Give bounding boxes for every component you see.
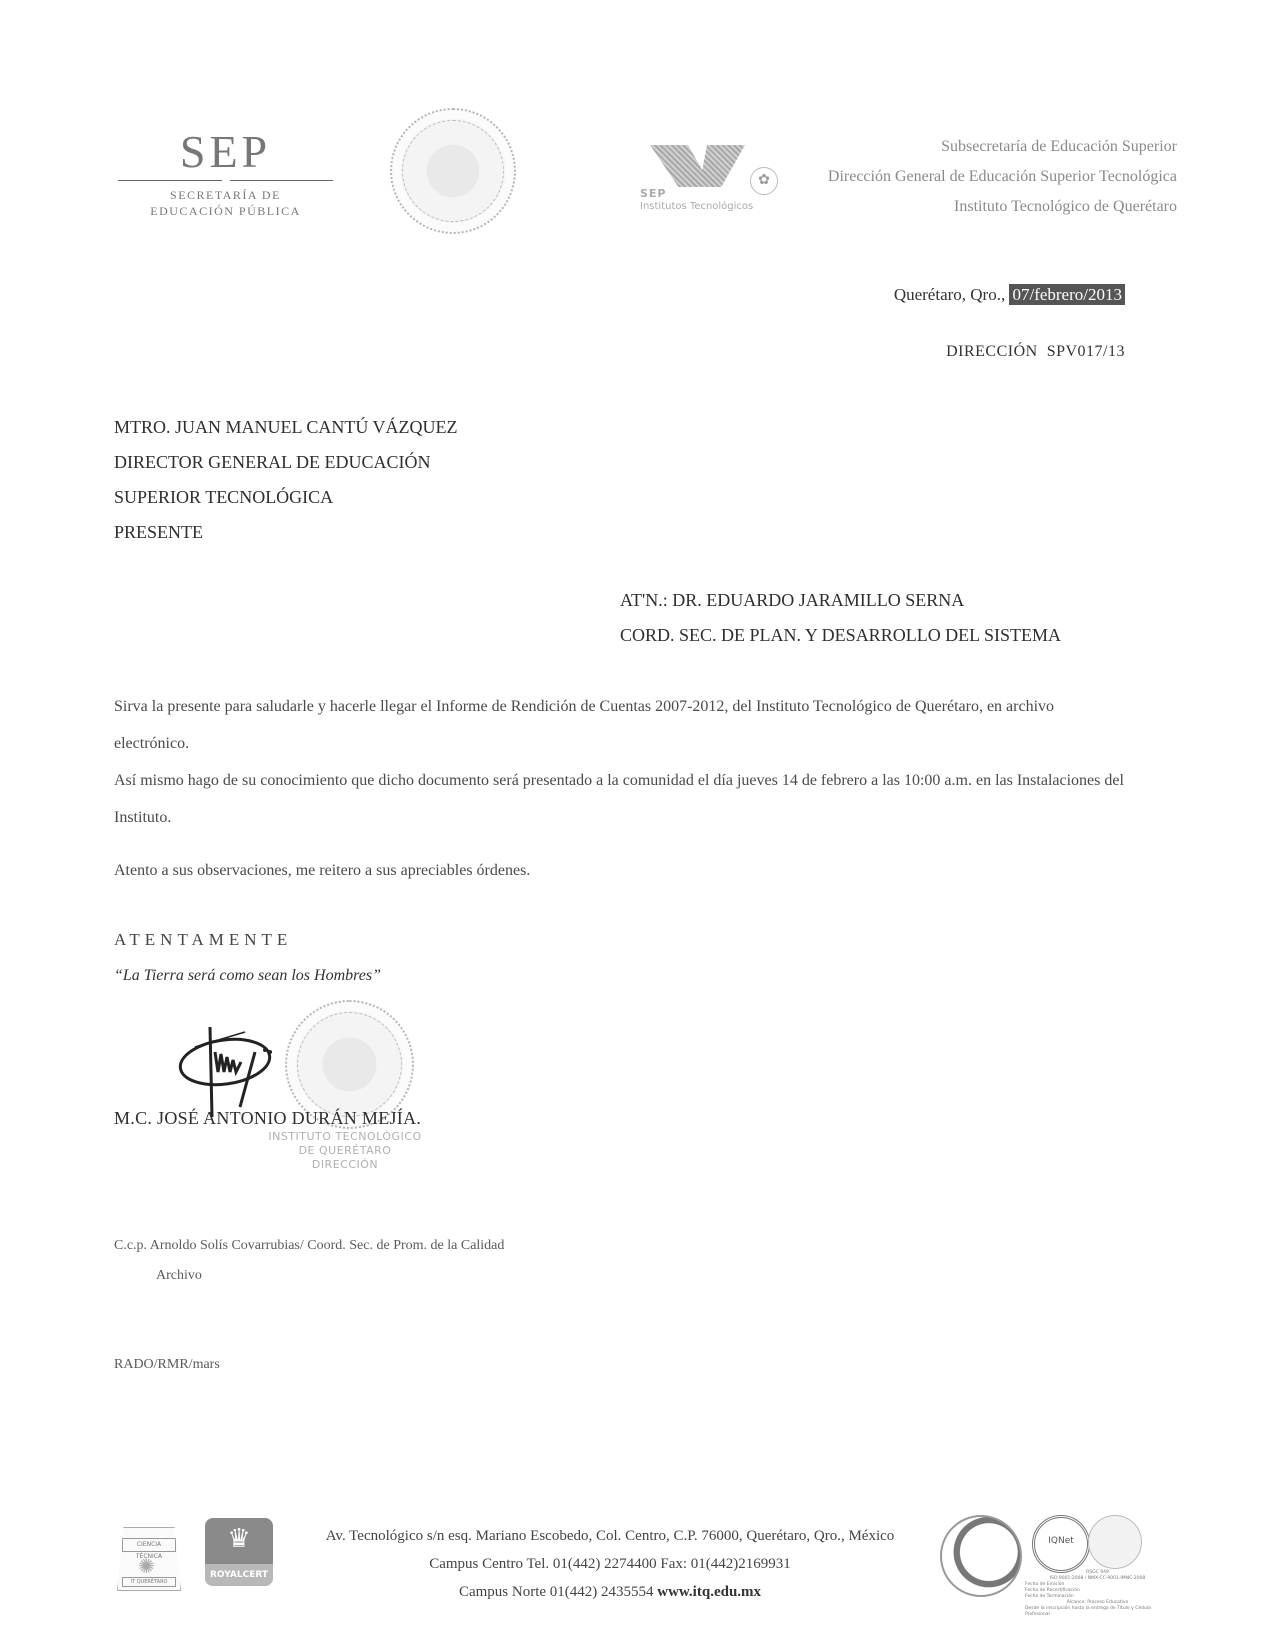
crown-icon: ♛ (205, 1524, 273, 1554)
footer-address-line-1: Av. Tecnológico s/n esq. Mariano Escobed… (280, 1522, 940, 1550)
header-line-direccion: Dirección General de Educación Superior … (828, 162, 1177, 192)
footer-address-line-3: Campus Norte 01(442) 2435554 www.itq.edu… (280, 1578, 940, 1606)
iqnet-certification-logo: IQNet (1032, 1515, 1090, 1573)
signer-name: M.C. JOSÉ ANTONIO DURÁN MEJÍA. (114, 1108, 421, 1129)
date-value: 07/febrero/2013 (1009, 284, 1125, 305)
royalcert-label: ROYALCERT (205, 1564, 273, 1586)
recipient-block: MTRO. JUAN MANUEL CANTÚ VÁZQUEZ DIRECTOR… (114, 410, 458, 550)
institution-stamp-text: INSTITUTO TECNOLÓGICO DE QUERÉTARO DIREC… (265, 1130, 425, 1172)
ciencia-tecnica-logo: CIENCIA TÉCNICA ✺ IT QUERÉTARO (117, 1527, 181, 1591)
recipient-presente: PRESENTE (114, 515, 458, 550)
mexican-coat-of-arms-seal (390, 108, 516, 234)
stamp-line-2: DE QUERÉTARO (265, 1144, 425, 1158)
reference-initials: RADO/RMR/mars (114, 1357, 220, 1373)
logo-band-text: IT QUERÉTARO (122, 1577, 176, 1587)
logo-book-text: CIENCIA TÉCNICA (122, 1538, 176, 1552)
seal-ring (402, 120, 504, 222)
cc-line: C.c.p. Arnoldo Solís Covarrubias/ Coord.… (114, 1238, 504, 1254)
sep-logo-subtitle-1: SECRETARÍA DE (118, 187, 333, 203)
atentamente-heading: ATENTAMENTE (114, 930, 292, 950)
cc-archivo: Archivo (156, 1268, 202, 1284)
stamp-line-1: INSTITUTO TECNOLÓGICO (265, 1130, 425, 1144)
it-emblem-icon: ✿ (750, 167, 778, 195)
sep-logo-title: SEP (118, 128, 333, 176)
date-line: Querétaro, Qro., 07/febrero/2013 (894, 285, 1125, 305)
attention-title: CORD. SEC. DE PLAN. Y DESARROLLO DEL SIS… (620, 618, 1061, 653)
attention-block: AT'N.: DR. EDUARDO JARAMILLO SERNA CORD.… (620, 583, 1061, 653)
sep-logo: SEP SECRETARÍA DE EDUCACIÓN PÚBLICA (118, 128, 333, 228)
reference-number: DIRECCIÓN SPV017/13 (946, 343, 1125, 361)
body-paragraph-1: Sirva la presente para saludarle y hacer… (114, 688, 1124, 762)
stamp-line-3: DIRECCIÓN (265, 1158, 425, 1172)
header-line-subsecretaria: Subsecretaría de Educación Superior (828, 132, 1177, 162)
sep-logo-subtitle-2: EDUCACIÓN PÚBLICA (118, 203, 333, 219)
footer-address-line-2: Campus Centro Tel. 01(442) 2274400 Fax: … (280, 1550, 940, 1578)
institution-header: Subsecretaría de Educación Superior Dire… (828, 132, 1177, 222)
it-logo-sep: SEP (640, 187, 667, 200)
gender-equity-certification-logo (940, 1515, 1022, 1597)
cert-desde: Desde la inscripción hasta la entrega de… (1025, 1606, 1170, 1618)
header-line-instituto: Instituto Tecnológico de Querétaro (828, 192, 1177, 222)
closing-line: Atento a sus observaciones, me reitero a… (114, 862, 530, 880)
footer-address: Av. Tecnológico s/n esq. Mariano Escobed… (280, 1522, 940, 1606)
institutos-tecnologicos-logo: ✿ SEP Institutos Tecnológicos (640, 145, 790, 220)
gear-star-icon: ✺ (138, 1554, 155, 1579)
it-logo-shape-icon (650, 145, 745, 187)
recipient-title-2: SUPERIOR TECNOLÓGICA (114, 480, 458, 515)
recipient-name: MTRO. JUAN MANUEL CANTÚ VÁZQUEZ (114, 410, 458, 445)
certification-seal-logo (1088, 1515, 1142, 1569)
certification-details: RSGC 949 ISO 9001:2008 / NMX-CC-9001-IMN… (1025, 1570, 1170, 1618)
recipient-title-1: DIRECTOR GENERAL DE EDUCACIÓN (114, 445, 458, 480)
stamp-seal-ring (297, 1012, 402, 1117)
sep-logo-rule (118, 180, 333, 181)
body-paragraph-2: Así mismo hago de su conocimiento que di… (114, 762, 1124, 836)
it-logo-label: Institutos Tecnológicos (640, 201, 753, 212)
date-place: Querétaro, Qro., (894, 285, 1005, 304)
letter-body: Sirva la presente para saludarle y hacer… (114, 688, 1124, 836)
handwritten-signature-icon (170, 1022, 290, 1122)
website-link[interactable]: www.itq.edu.mx (657, 1584, 761, 1600)
campus-norte-phone: Campus Norte 01(442) 2435554 (459, 1584, 657, 1600)
institution-motto: “La Tierra será como sean los Hombres” (114, 967, 381, 985)
attention-name: AT'N.: DR. EDUARDO JARAMILLO SERNA (620, 583, 1061, 618)
royalcert-logo: ♛ ROYALCERT (205, 1518, 273, 1586)
